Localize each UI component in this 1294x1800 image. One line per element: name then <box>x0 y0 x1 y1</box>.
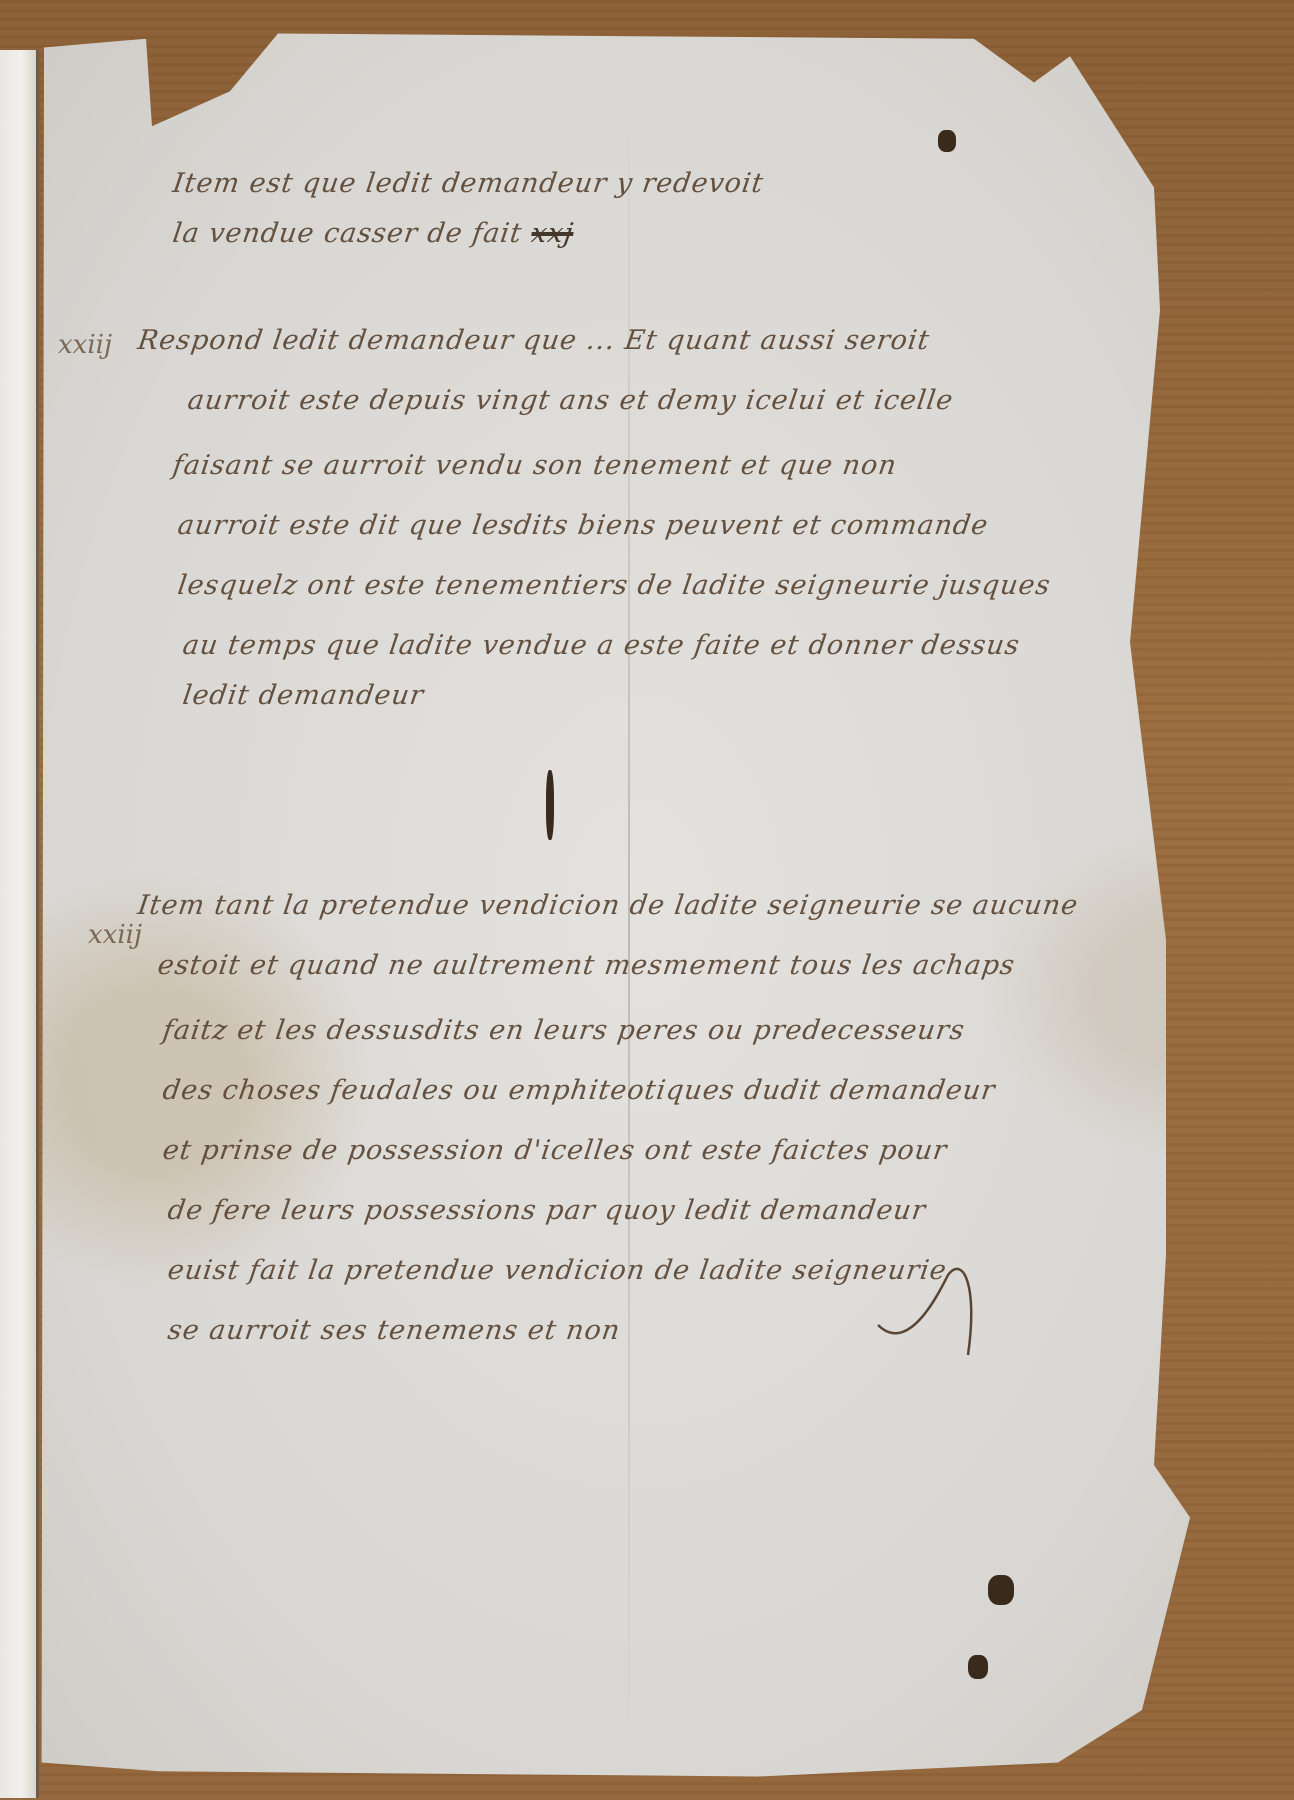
script-line: se aurroit ses tenemens et non <box>166 1315 623 1346</box>
script-line: aurroit este depuis vingt ans et demy ic… <box>186 385 956 416</box>
script-line: faisant se aurroit vendu son tenement et… <box>171 450 899 481</box>
script-text: la vendue casser de fait <box>171 218 524 249</box>
margin-number: xxiij <box>88 920 142 950</box>
script-line: de fere leurs possessions par quoy ledit… <box>166 1195 928 1226</box>
manuscript-sheet: Item est que ledit demandeur y redevoit … <box>38 30 1238 1780</box>
previous-page-edge <box>0 50 39 1798</box>
script-line: la vendue casser de fait xxj <box>171 218 576 249</box>
script-line: lesquelz ont este tenementiers de ladite… <box>176 570 1053 601</box>
script-line: et prinse de possession d'icelles ont es… <box>161 1135 949 1166</box>
script-line: au temps que ladite vendue a este faite … <box>181 630 1022 661</box>
closing-flourish <box>868 1255 988 1365</box>
script-line: faitz et les dessusdits en leurs peres o… <box>161 1015 967 1046</box>
script-line: aurroit este dit que lesdits biens peuve… <box>176 510 991 541</box>
script-line: Item tant la pretendue vendicion de ladi… <box>136 890 1081 921</box>
manuscript-text: Item est que ledit demandeur y redevoit … <box>38 30 1238 1780</box>
margin-number: xxiij <box>58 330 112 360</box>
struck-mark: xxj <box>529 218 575 249</box>
script-line: estoit et quand ne aultrement mesmement … <box>156 950 1017 981</box>
script-line: Respond ledit demandeur que ... Et quant… <box>136 325 932 356</box>
script-line: ledit demandeur <box>181 680 426 711</box>
script-line: euist fait la pretendue vendicion de lad… <box>166 1255 949 1286</box>
script-line: Item est que ledit demandeur y redevoit <box>171 168 766 199</box>
script-line: des choses feudales ou emphiteotiques du… <box>161 1075 998 1106</box>
